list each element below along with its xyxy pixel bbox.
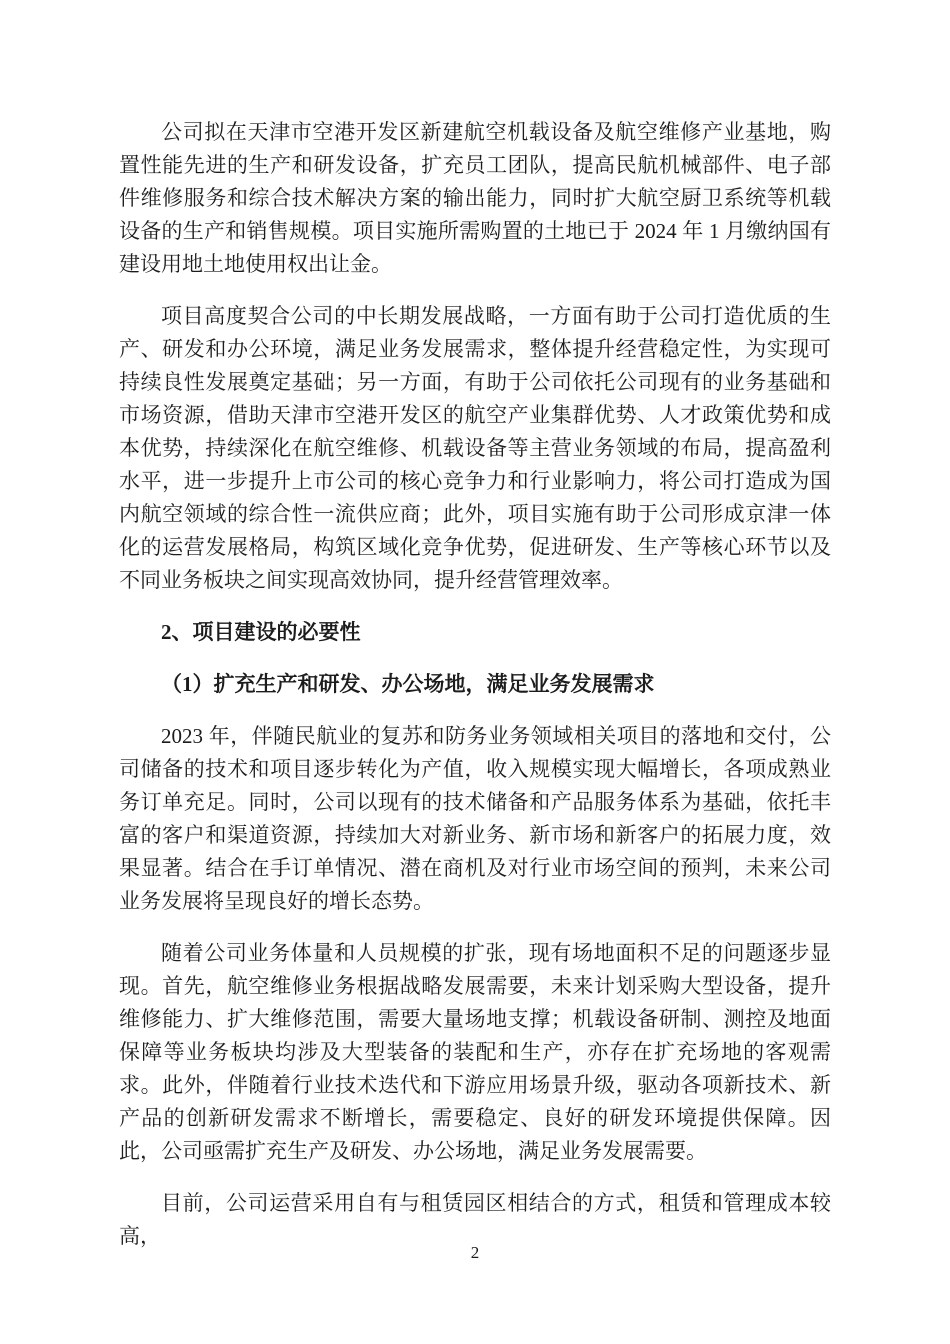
section-heading: 2、项目建设的必要性 bbox=[119, 616, 831, 649]
document-page: 公司拟在天津市空港开发区新建航空机载设备及航空维修产业基地，购置性能先进的生产和… bbox=[0, 0, 950, 1344]
page-number: 2 bbox=[0, 1242, 950, 1264]
body-paragraph: 公司拟在天津市空港开发区新建航空机载设备及航空维修产业基地，购置性能先进的生产和… bbox=[119, 116, 831, 281]
body-paragraph: 项目高度契合公司的中长期发展战略，一方面有助于公司打造优质的生产、研发和办公环境… bbox=[119, 300, 831, 597]
body-paragraph: 2023 年，伴随民航业的复苏和防务业务领域相关项目的落地和交付，公司储备的技术… bbox=[119, 720, 831, 918]
subsection-heading: （1）扩充生产和研发、办公场地，满足业务发展需求 bbox=[119, 668, 831, 701]
body-paragraph: 随着公司业务体量和人员规模的扩张，现有场地面积不足的问题逐步显现。首先，航空维修… bbox=[119, 937, 831, 1168]
document-body: 公司拟在天津市空港开发区新建航空机载设备及航空维修产业基地，购置性能先进的生产和… bbox=[119, 116, 831, 1272]
